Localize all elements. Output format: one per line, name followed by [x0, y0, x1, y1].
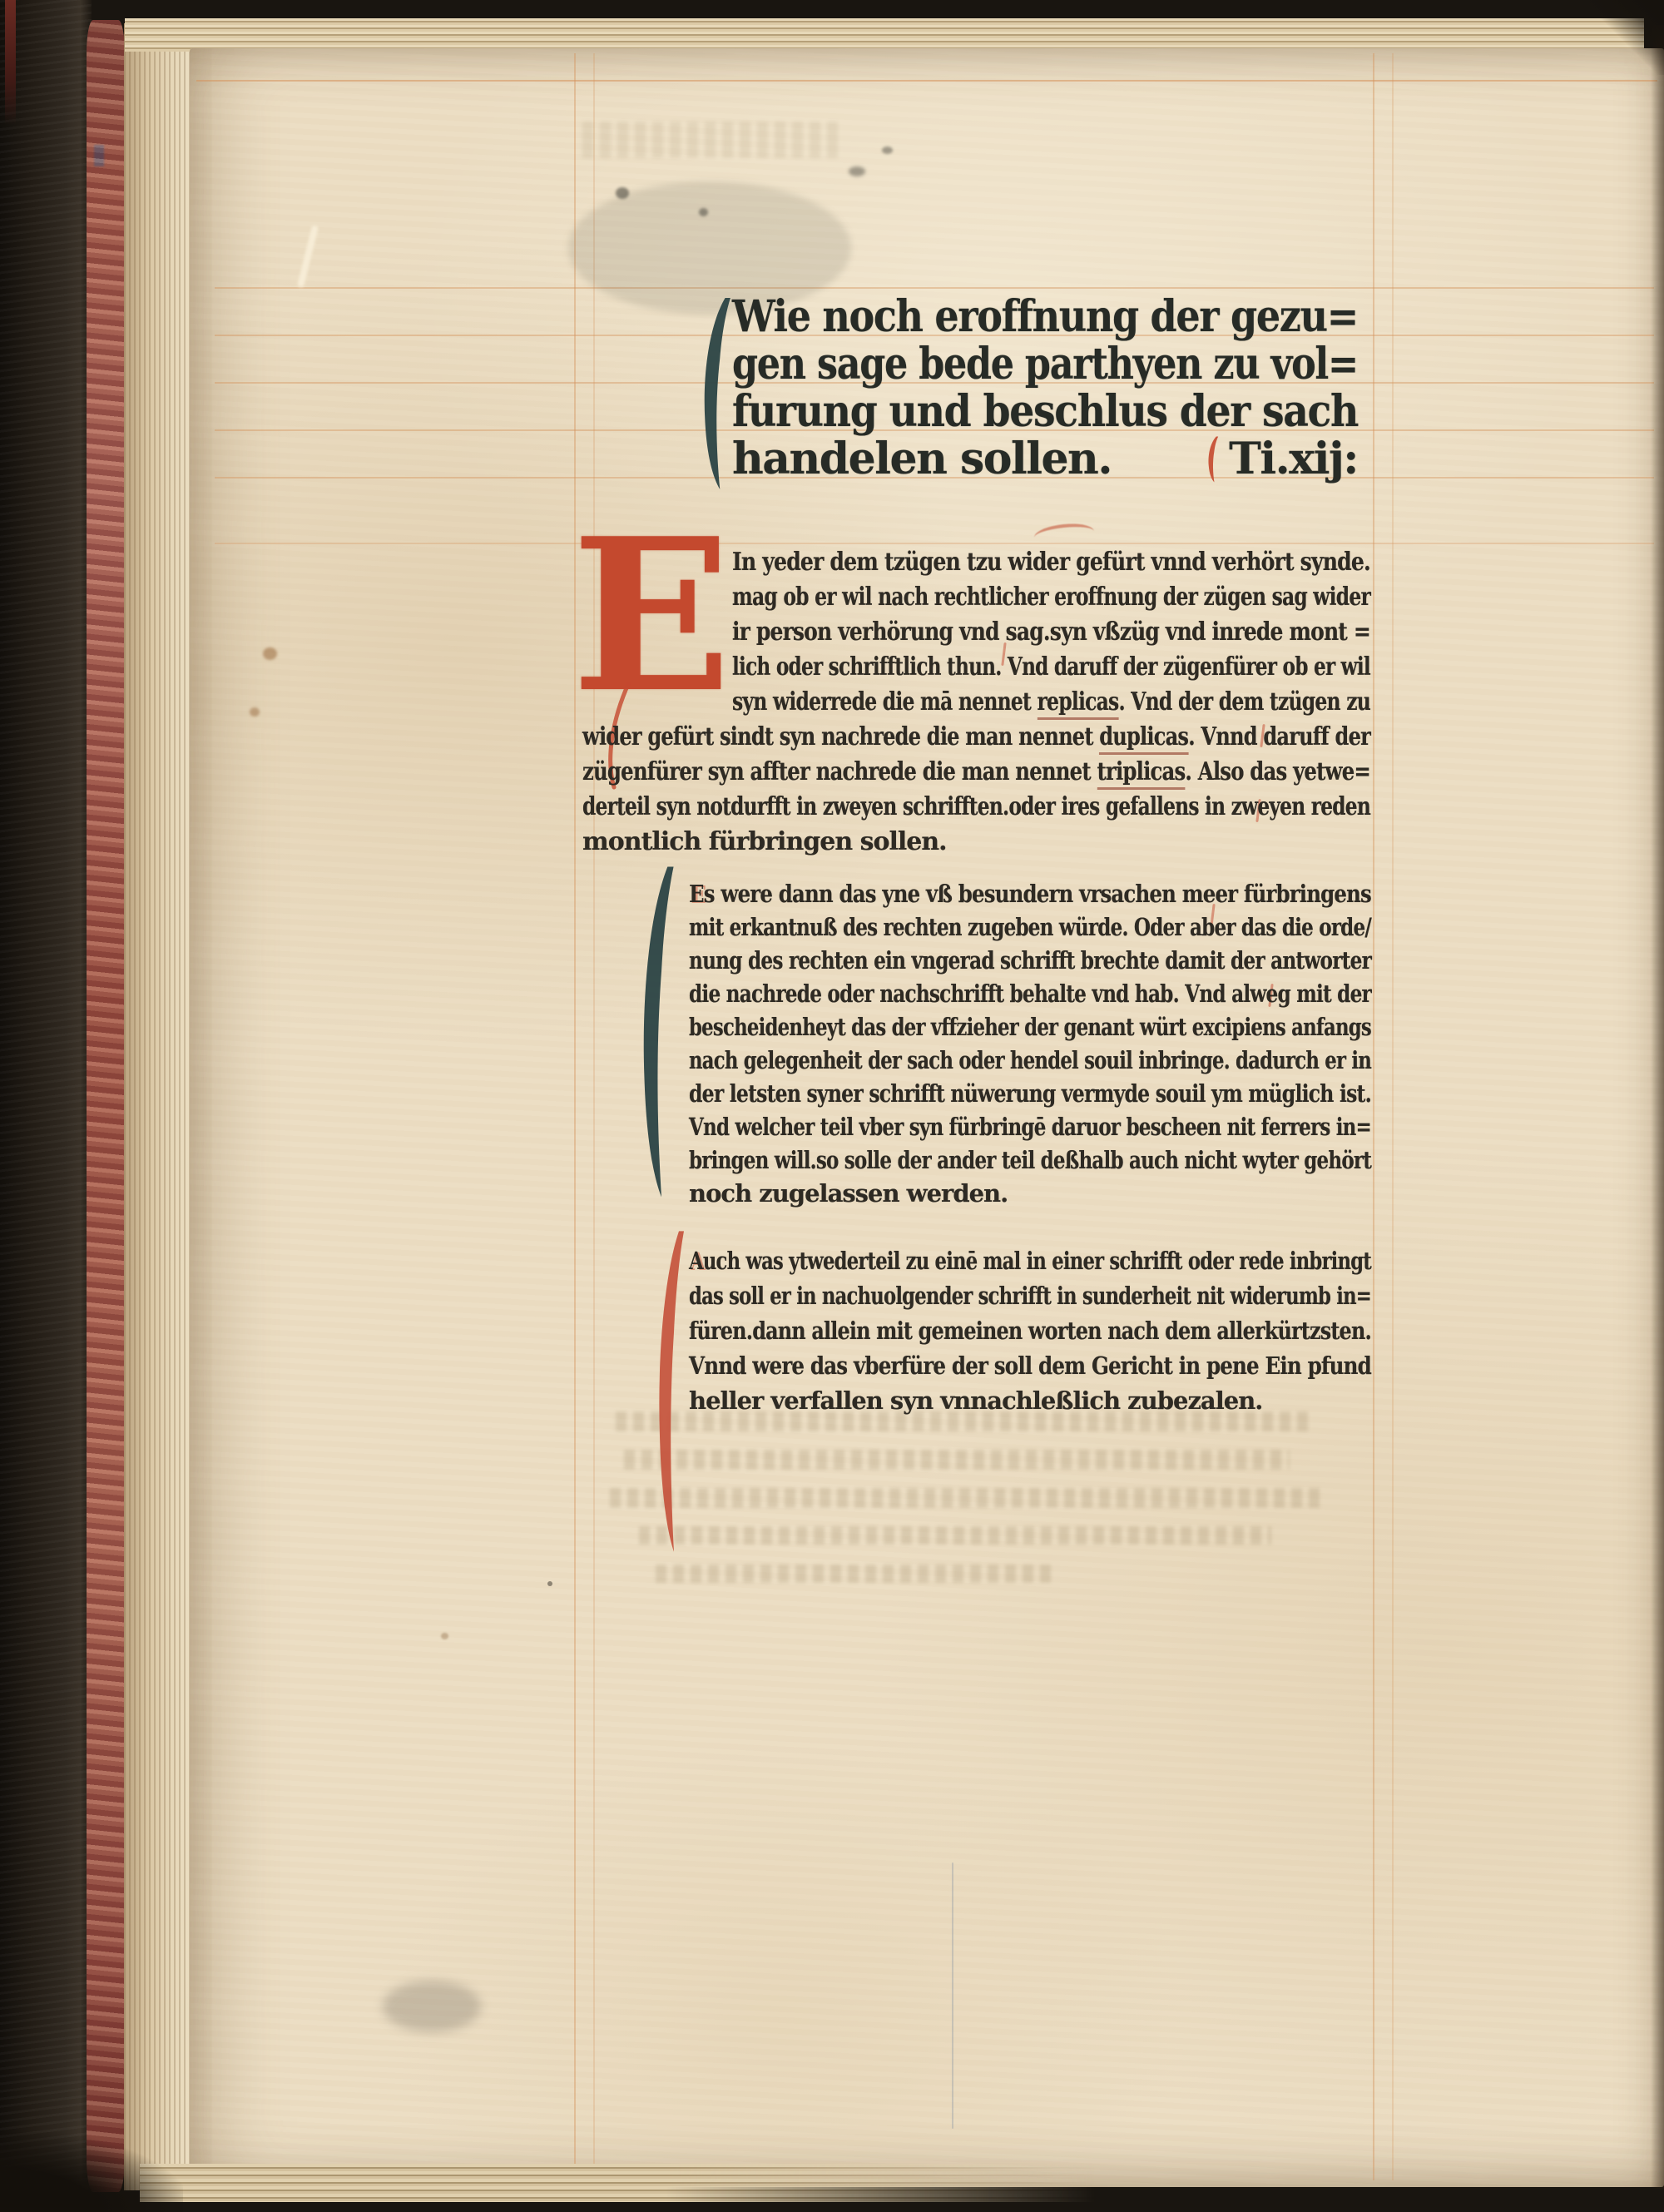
show-through-ghost — [624, 1450, 1290, 1470]
ruled-line-horizontal — [196, 80, 1657, 82]
text-line: füren.dann allein mit gemeinen worten na… — [689, 1313, 1371, 1348]
text-line: heller verfallen syn vnnachleßlich zubez… — [689, 1383, 1371, 1418]
fiber-line — [952, 1862, 953, 2129]
text-line: Auch was ytwederteil zu einē mal in eine… — [689, 1243, 1371, 1278]
paragraph-mark-icon — [654, 1228, 686, 1555]
text-line-content: Vnd welcher teil vber syn fürbringē daru… — [689, 1110, 1371, 1143]
show-through-ghost — [610, 1488, 1325, 1508]
text-line: syn widerrede die mā nennet replicas. Vn… — [732, 685, 1370, 720]
ruled-line-horizontal — [215, 543, 1654, 544]
text-line-content: nach gelegenheit der sach oder hendel so… — [689, 1044, 1371, 1077]
heading-line: gen sage bede parthyen zu vol= — [732, 340, 1358, 388]
text-line-content: derteil syn notdurfft in zweyen schrifft… — [582, 790, 1370, 825]
heading-text: gen sage bede parthyen zu vol= — [732, 340, 1358, 388]
text-line-content: ir person verhörung vnd sag.syn vßzüg vn… — [732, 615, 1370, 650]
text-line: zügenfürer syn affter nachrede die man n… — [582, 755, 1370, 790]
chapter-number: Ti.xij: — [1229, 435, 1358, 483]
text-line-content: füren.dann allein mit gemeinen worten na… — [689, 1313, 1371, 1348]
text-line-content: lich oder schrifftlich thun. Vnd daruff … — [732, 650, 1370, 685]
text-line: nung des rechten ein vngerad schrifft br… — [689, 944, 1371, 977]
show-through-ghost — [656, 1565, 1055, 1583]
ruled-line-vertical — [574, 53, 576, 2180]
text-line: montlich fürbringen sollen. — [582, 825, 1370, 860]
ink-smudge — [616, 187, 629, 199]
text-line: Vnnd were das vberfüre der soll dem Geri… — [689, 1348, 1371, 1383]
text-line-content: die nachrede oder nachschrifft behalte v… — [689, 977, 1371, 1010]
paper-scratch — [297, 225, 319, 288]
page-edges-left — [124, 23, 192, 2190]
text-line: mit erkantnuß des rechten zugeben würde.… — [689, 910, 1371, 944]
foxing-spot — [250, 707, 260, 717]
heading-text: handelen sollen. — [732, 435, 1112, 483]
ruled-line-vertical — [1392, 53, 1394, 2180]
text-line-content: mit erkantnuß des rechten zugeben würde.… — [689, 910, 1371, 944]
text-line: die nachrede oder nachschrifft behalte v… — [689, 977, 1371, 1010]
foxing-spot — [263, 647, 277, 660]
text-line: wider gefürt sindt syn nachrede die man … — [582, 720, 1370, 755]
ink-smudge — [699, 208, 708, 216]
text-line-content: Vnnd were das vberfüre der soll dem Geri… — [689, 1348, 1371, 1383]
text-line: Es were dann das yne vß besundern vrsach… — [689, 877, 1371, 910]
heading-text: Wie noch eroffnung der gezu= — [732, 293, 1358, 340]
marbling-fleck — [94, 145, 104, 166]
page-edges-top — [125, 18, 1644, 52]
chapter-reference: Ti.xij: — [1206, 435, 1358, 483]
text-line-content: mag ob er wil nach rechtlicher eroffnung… — [732, 580, 1370, 615]
text-line: bescheidenheyt das der vffzieher der gen… — [689, 1010, 1371, 1044]
text-line-content: der letsten syner schrifft nüwerung verm… — [689, 1077, 1371, 1110]
text-line-content: bringen will.so solle der ander teil deß… — [689, 1143, 1371, 1177]
text-line: das soll er in nachuolgender schrifft in… — [689, 1278, 1371, 1313]
marbled-fore-edge — [87, 20, 125, 2192]
text-line: bringen will.so solle der ander teil deß… — [689, 1143, 1371, 1177]
page-edges-bottom — [140, 2164, 1097, 2202]
text-line-content: nung des rechten ein vngerad schrifft br… — [689, 944, 1371, 977]
paragraph-mark-icon — [1206, 436, 1219, 483]
ink-smudge — [849, 166, 865, 176]
drop-cap-initial: E — [574, 534, 729, 697]
ink-smudge — [882, 146, 893, 154]
text-line-content: syn widerrede die mā nennet replicas. Vn… — [732, 685, 1370, 720]
text-line: mag ob er wil nach rechtlicher eroffnung… — [732, 580, 1370, 615]
book-page: Wie noch eroffnung der gezu= gen sage be… — [190, 48, 1664, 2187]
text-line-content: noch zugelassen werden. — [689, 1179, 1008, 1208]
page-edge-shadow-right — [1651, 25, 1664, 2189]
leather-cover-edge — [0, 0, 92, 2212]
foxing-spot — [441, 1633, 448, 1639]
heading-line: Wie noch eroffnung der gezu= — [732, 293, 1358, 340]
heading-line: handelen sollen. Ti.xij: — [732, 435, 1358, 483]
show-through-ghost — [639, 1526, 1271, 1545]
text-line: lich oder schrifftlich thun. Vnd daruff … — [732, 650, 1370, 685]
chapter-heading: Wie noch eroffnung der gezu= gen sage be… — [732, 293, 1358, 483]
text-line-content: heller verfallen syn vnnachleßlich zubez… — [689, 1386, 1262, 1415]
body-paragraph-1-indented: In yeder dem tzügen tzu wider gefürt vnn… — [732, 545, 1370, 720]
text-line-content: wider gefürt sindt syn nachrede die man … — [582, 720, 1370, 755]
text-line: nach gelegenheit der sach oder hendel so… — [689, 1044, 1371, 1077]
heading-line: furung und beschlus der sach — [732, 388, 1358, 435]
text-line-content: das soll er in nachuolgender schrifft in… — [689, 1278, 1371, 1313]
book-photograph: Wie noch eroffnung der gezu= gen sage be… — [0, 0, 1664, 2212]
text-line: der letsten syner schrifft nüwerung verm… — [689, 1077, 1371, 1110]
text-line: ir person verhörung vnd sag.syn vßzüg vn… — [732, 615, 1370, 650]
smudge-stain — [383, 1981, 481, 2032]
show-through-ghost — [582, 122, 840, 158]
text-line-content: zügenfürer syn affter nachrede die man n… — [582, 755, 1370, 790]
text-line: noch zugelassen werden. — [689, 1177, 1371, 1210]
heading-paragraph-mark-icon — [699, 296, 732, 491]
text-line-content: Es were dann das yne vß besundern vrsach… — [689, 877, 1371, 910]
ink-speck — [547, 1581, 552, 1586]
text-line-content: bescheidenheyt das der vffzieher der gen… — [689, 1010, 1371, 1044]
cover-corner-bottom-left — [0, 2132, 183, 2212]
ruled-line-horizontal — [215, 287, 1654, 289]
body-paragraph-1-full: wider gefürt sindt syn nachrede die man … — [582, 720, 1370, 860]
cover-corner-top-right — [1589, 0, 1664, 75]
text-line: derteil syn notdurfft in zweyen schrifft… — [582, 790, 1370, 825]
text-line: In yeder dem tzügen tzu wider gefürt vnn… — [732, 545, 1370, 580]
body-paragraph-3: Auch was ytwederteil zu einē mal in eine… — [689, 1243, 1371, 1418]
ruled-line-vertical — [593, 53, 595, 2180]
text-line-content: Auch was ytwederteil zu einē mal in eine… — [689, 1243, 1371, 1278]
text-line: Vnd welcher teil vber syn fürbringē daru… — [689, 1110, 1371, 1143]
body-paragraph-2: Es were dann das yne vß besundern vrsach… — [689, 877, 1371, 1210]
text-line-content: In yeder dem tzügen tzu wider gefürt vnn… — [732, 545, 1370, 580]
text-line-content: montlich fürbringen sollen. — [582, 827, 947, 856]
heading-text: furung und beschlus der sach — [732, 388, 1358, 435]
ruled-line-vertical — [1373, 53, 1374, 2180]
paragraph-mark-icon — [637, 864, 676, 1200]
spine-edge-detail — [5, 0, 16, 125]
